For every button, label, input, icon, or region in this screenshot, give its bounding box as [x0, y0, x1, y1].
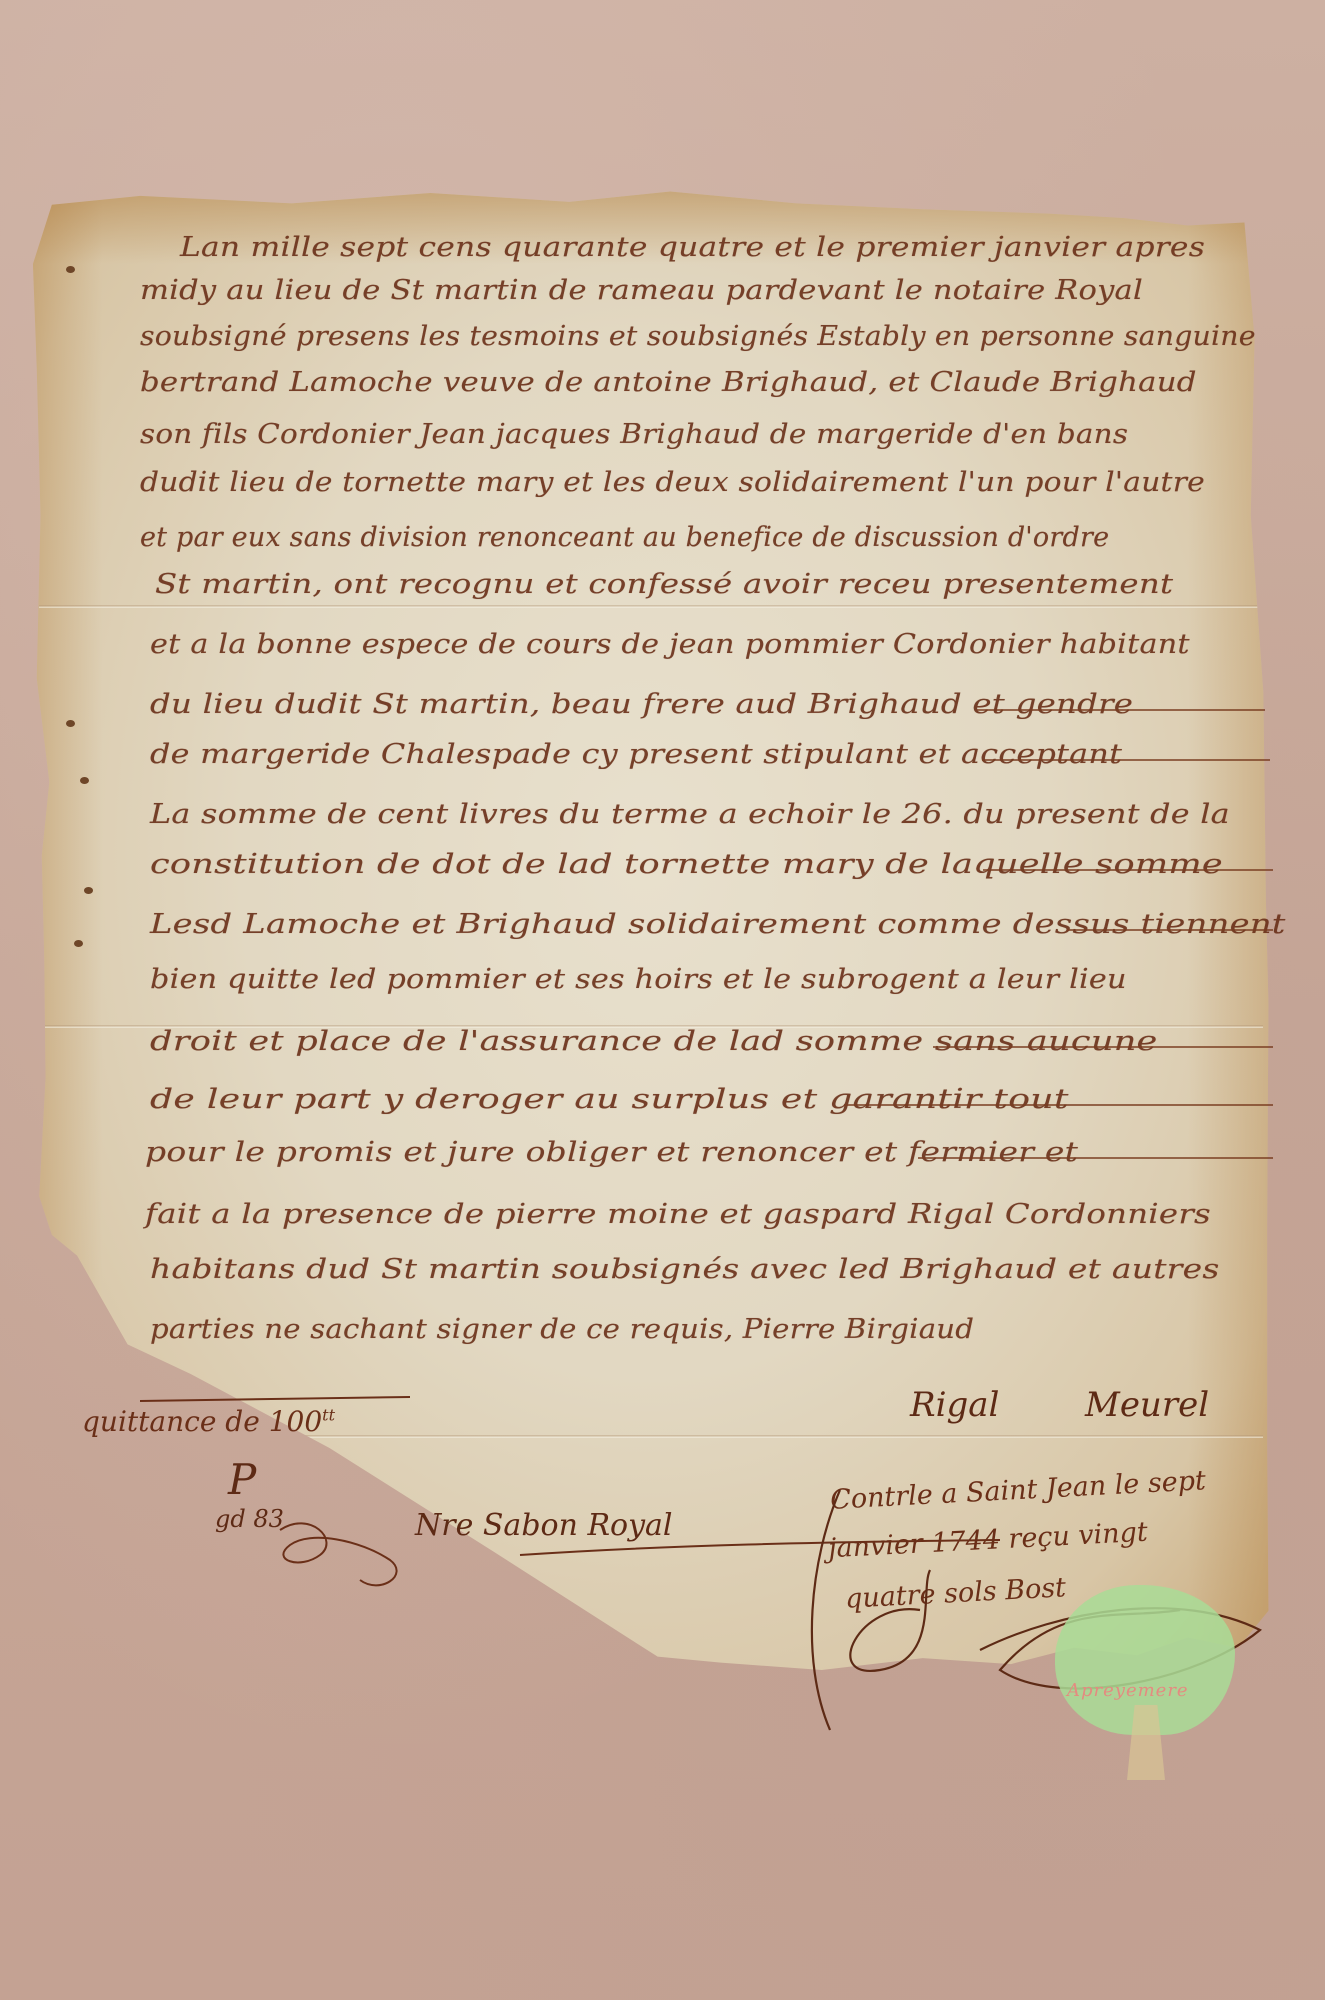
body-line: parties ne sachant signer de ce requis, … [150, 1305, 1195, 1345]
body-line-text: et a la bonne espece de cours de jean po… [150, 629, 1190, 660]
watermark-tree: Apreyemere [1045, 1585, 1245, 1785]
body-line: St martin, ont recognu et confessé avoir… [155, 560, 1235, 600]
body-line-text: de margeride Chalespade cy present stipu… [150, 739, 1122, 770]
body-line-text: Lesd Lamoche et Brighaud solidairement c… [150, 909, 1286, 940]
body-line: droit et place de l'assurance de lad som… [150, 1017, 1273, 1057]
body-line: son fils Cordonier Jean jacques Brighaud… [140, 410, 1255, 450]
body-line-text: pour le promis et jure obliger et renonc… [145, 1137, 1078, 1168]
body-line-text: de leur part y deroger au surplus et gar… [150, 1084, 1069, 1115]
watermark-text: Apreyemere [1067, 1680, 1189, 1701]
body-line: de leur part y deroger au surplus et gar… [150, 1075, 1273, 1115]
body-line-text: St martin, ont recognu et confessé avoir… [155, 569, 1173, 600]
body-line-text: dudit lieu de tornette mary et les deux … [140, 467, 1205, 498]
body-line: et par eux sans division renonceant au b… [140, 513, 1270, 553]
line-filler-stroke [977, 709, 1265, 711]
signature-rigal: Rigal [910, 1385, 999, 1425]
body-line: soubsigné presens les tesmoins et soubsi… [140, 312, 1255, 352]
body-line: Lesd Lamoche et Brighaud solidairement c… [150, 900, 1273, 940]
body-line-text: habitans dud St martin soubsignés avec l… [150, 1254, 1220, 1285]
body-line-text: droit et place de l'assurance de lad som… [150, 1026, 1158, 1057]
body-line: bertrand Lamoche veuve de antoine Brigha… [140, 358, 1270, 398]
signature-meurel: Meurel [1085, 1385, 1209, 1425]
body-line: et a la bonne espece de cours de jean po… [150, 620, 1255, 660]
body-line: bien quitte led pommier et ses hoirs et … [150, 955, 1273, 995]
notary-initial: P [228, 1455, 256, 1504]
line-filler-stroke [918, 1157, 1273, 1159]
body-line-text: Lan mille sept cens quarante quatre et l… [180, 232, 1205, 263]
body-line-text: midy au lieu de St martin de rameau pard… [140, 275, 1143, 306]
body-line-text: fait a la presence de pierre moine et ga… [145, 1199, 1211, 1230]
body-line: dudit lieu de tornette mary et les deux … [140, 458, 1270, 498]
line-filler-stroke [1067, 929, 1274, 931]
body-line-text: bertrand Lamoche veuve de antoine Brigha… [140, 367, 1197, 398]
notary-paraph-flourish [250, 1500, 450, 1600]
line-filler-stroke [983, 869, 1273, 871]
quittance-underline [140, 1395, 420, 1405]
body-line: fait a la presence de pierre moine et ga… [145, 1190, 1273, 1230]
body-line-text: et par eux sans division renonceant au b… [140, 522, 1109, 553]
body-line-text: son fils Cordonier Jean jacques Brighaud… [140, 419, 1128, 450]
body-line: constitution de dot de lad tornette mary… [150, 840, 1273, 880]
body-line-text: bien quitte led pommier et ses hoirs et … [150, 964, 1127, 995]
body-line: de margeride Chalespade cy present stipu… [150, 730, 1270, 770]
body-line-text: du lieu dudit St martin, beau frere aud … [150, 689, 1133, 720]
body-line-text: parties ne sachant signer de ce requis, … [150, 1314, 974, 1345]
body-line: pour le promis et jure obliger et renonc… [145, 1128, 1273, 1168]
body-line: La somme de cent livres du terme a echoi… [150, 790, 1273, 830]
body-line: Lan mille sept cens quarante quatre et l… [180, 223, 1255, 263]
quittance-text: quittance de 100 [82, 1405, 322, 1438]
line-filler-stroke [982, 759, 1270, 761]
body-line-text: constitution de dot de lad tornette mary… [150, 849, 1223, 880]
body-line: habitans dud St martin soubsignés avec l… [150, 1245, 1273, 1285]
body-line: midy au lieu de St martin de rameau pard… [140, 266, 1270, 306]
body-line-text: La somme de cent livres du terme a echoi… [150, 799, 1230, 830]
quittance-note: quittance de 100tt [82, 1405, 335, 1438]
line-filler-stroke [933, 1046, 1273, 1048]
body-line: du lieu dudit St martin, beau frere aud … [150, 680, 1265, 720]
livres-superscript: tt [322, 1406, 335, 1425]
body-line-text: soubsigné presens les tesmoins et soubsi… [140, 321, 1256, 352]
line-filler-stroke [844, 1104, 1273, 1106]
